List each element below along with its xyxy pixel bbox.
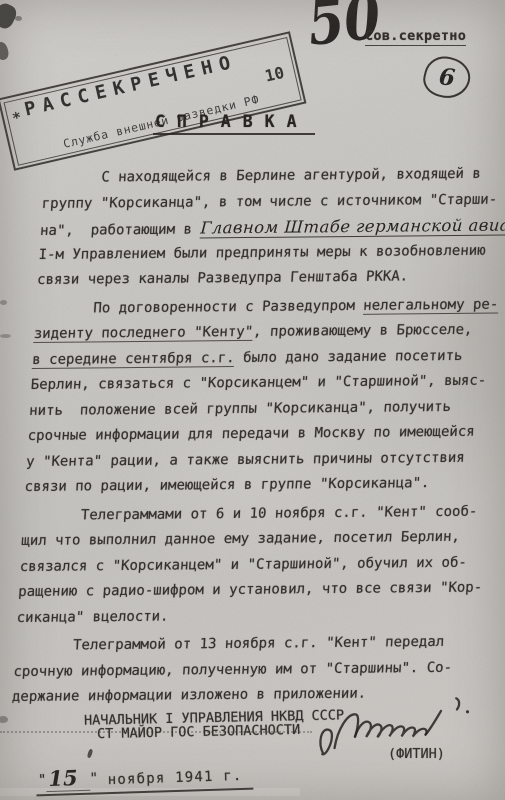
scan-speck — [0, 300, 7, 305]
typed-text: на", работающим в — [40, 221, 201, 239]
handwritten-text: Главном Штабе германской авиации , — [200, 215, 505, 238]
document-line: срочную информацию, полученную им от "Ст… — [13, 655, 495, 685]
circled-copy-number: 6 — [420, 52, 475, 103]
date-line: "15" ноября 1941 г. — [36, 760, 253, 797]
typed-text: Телеграммами от 6 и 10 ноября с.г. "Кент… — [80, 503, 477, 523]
pen-stroke-mark — [87, 749, 94, 759]
scan-speck — [0, 334, 11, 338]
typed-text: в середине сентября с.г. — [32, 350, 235, 369]
document-line: ращению с радио-шифром и установил, что … — [17, 575, 499, 605]
typed-text: С находящейся в Берлине агентурой, входя… — [101, 166, 481, 186]
typed-text: ращению с радио-шифром и установил, что … — [18, 580, 483, 600]
typed-text: сиканца" вцелости. — [16, 608, 169, 625]
handwritten-day: 15 — [46, 765, 90, 792]
document-line: срочные информации для передачи в Москву… — [27, 419, 505, 449]
document-line: связи через каналы Разведупра Генштаба Р… — [36, 263, 505, 293]
typed-text: щил что выполнил данное ему задание, пос… — [21, 529, 461, 549]
scan-speck — [0, 716, 8, 723]
typed-text: срочную информацию, полученную им от "Ст… — [13, 659, 453, 679]
signature-name: (ФИТИН) — [388, 746, 445, 762]
paragraph: Телеграммами от 6 и 10 ноября с.г. "Кент… — [16, 499, 504, 631]
scan-speck — [0, 41, 10, 61]
document-line: Телеграммой от 13 ноября с.г. "Кент" пер… — [14, 629, 496, 659]
signature-rank-line: СТ МАЙОР ГОС БЕЗОПАСНОСТИ — [97, 722, 300, 742]
typed-text: По договоренности с Разведупром — [93, 297, 364, 316]
typed-text: I-м Управлением были предприняты меры к … — [38, 242, 486, 262]
paragraph: По договоренности с Разведупром нелегаль… — [24, 292, 505, 501]
typed-text: связи по рации, имеющейся в группе "Корс… — [24, 475, 430, 495]
typed-text: Берлин, связаться с "Корсиканцем" и "Ста… — [30, 373, 486, 393]
typed-text: группу "Корсиканца", в том числе с источ… — [41, 191, 497, 211]
document-line: щил что выполнил данное ему задание, пос… — [21, 524, 503, 554]
circled-copy-number-value: 6 — [438, 63, 457, 92]
paragraph: С находящейся в Берлине агентурой, входя… — [36, 161, 505, 293]
typed-text: связался с "Корсиканцем" и "Старшиной", … — [19, 554, 467, 574]
document-body: С находящейся в Берлине агентурой, входя… — [11, 161, 505, 713]
declassified-stamp: * РАССЕКРЕЧЕНО Служба внешней разведки Р… — [0, 31, 306, 171]
document-line: С находящейся в Берлине агентурой, входя… — [42, 161, 505, 191]
typed-text: , проживающему в Брюсселе, — [253, 322, 473, 340]
document-line: у "Кента" рации, а также выяснить причин… — [25, 445, 505, 475]
typed-text: Телеграммой от 13 ноября с.г. "Кент" пер… — [73, 634, 445, 654]
typed-text: у "Кента" рации, а также выяснить причин… — [26, 449, 466, 469]
scan-speck — [15, 16, 22, 21]
document-page: 50 Сов.секретно 6 * РАССЕКРЕЧЕНО Служба … — [0, 0, 505, 800]
typed-text: связи через каналы Разведупра Генштаба Р… — [37, 268, 409, 288]
document-line: связи по рации, имеющейся в группе "Корс… — [24, 470, 505, 500]
typed-text: нелегальному ре- — [363, 296, 499, 314]
document-line: I-м Управлением были предприняты меры к … — [38, 238, 505, 268]
classification-label: Сов.секретно — [365, 28, 466, 46]
typed-text: было дано задание посетить — [234, 347, 463, 365]
typed-text: держание информации изложено в приложени… — [11, 686, 366, 705]
document-line: сиканца" вцелости. — [16, 601, 498, 631]
typed-text: зиденту последнего "Кенту" — [33, 324, 253, 343]
document-line: Берлин, связаться с "Корсиканцем" и "Ста… — [30, 368, 505, 398]
document-line: на", работающим в Главном Штабе германск… — [39, 212, 505, 242]
document-line: зиденту последнего "Кенту", проживающему… — [33, 317, 505, 347]
date-month-year: ноября 1941 г. — [98, 768, 243, 789]
typed-text: нить положение всей группы "Корсиканца",… — [29, 398, 452, 418]
document-title: СПРАВКА — [153, 112, 315, 135]
typed-text: срочные информации для передачи в Москву… — [27, 424, 475, 444]
